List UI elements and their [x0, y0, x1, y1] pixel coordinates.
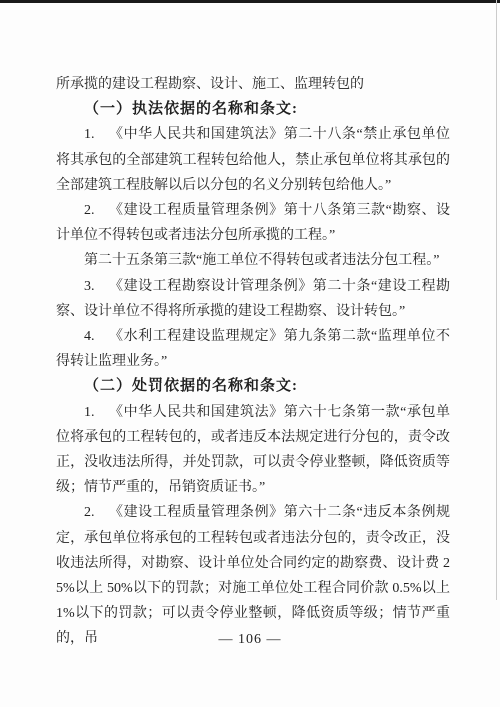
page-edge-scan-line [496, 0, 497, 600]
section-1-item-2-continued: 第二十五条第三款“施工单位不得转包或者违法分包工程。” [56, 248, 450, 273]
top-scan-bar [0, 0, 500, 3]
section-1-item-4: 4. 《水利工程建设监理规定》第九条第二款“监理单位不得转让监理业务。” [56, 324, 450, 374]
section-1-item-3: 3. 《建设工程勘察设计管理条例》第二十条“建设工程勘察、设计单位不得将所承揽的… [56, 274, 450, 324]
section-1-heading: （一）执法依据的名称和条文: [56, 97, 450, 122]
section-2-item-2: 2. 《建设工程质量管理条例》第六十二条“违反本条例规定，承包单位将承包的工程转… [56, 500, 450, 651]
section-2-item-1: 1. 《中华人民共和国建筑法》第六十七条第一款“承包单位将承包的工程转包的，或者… [56, 400, 450, 501]
document-content: 所承揽的建设工程勘察、设计、施工、监理转包的 （一）执法依据的名称和条文: 1.… [56, 72, 450, 652]
section-2-heading: （二）处罚依据的名称和条文: [56, 374, 450, 399]
section-1-item-2: 2. 《建设工程质量管理条例》第十八条第三款“勘察、设计单位不得转包或者违法分包… [56, 198, 450, 248]
page-number: — 106 — [0, 632, 500, 648]
continuation-paragraph: 所承揽的建设工程勘察、设计、施工、监理转包的 [56, 72, 450, 97]
document-page: 所承揽的建设工程勘察、设计、施工、监理转包的 （一）执法依据的名称和条文: 1.… [0, 0, 500, 707]
section-1-item-1: 1. 《中华人民共和国建筑法》第二十八条“禁止承包单位将其承包的全部建筑工程转包… [56, 122, 450, 198]
